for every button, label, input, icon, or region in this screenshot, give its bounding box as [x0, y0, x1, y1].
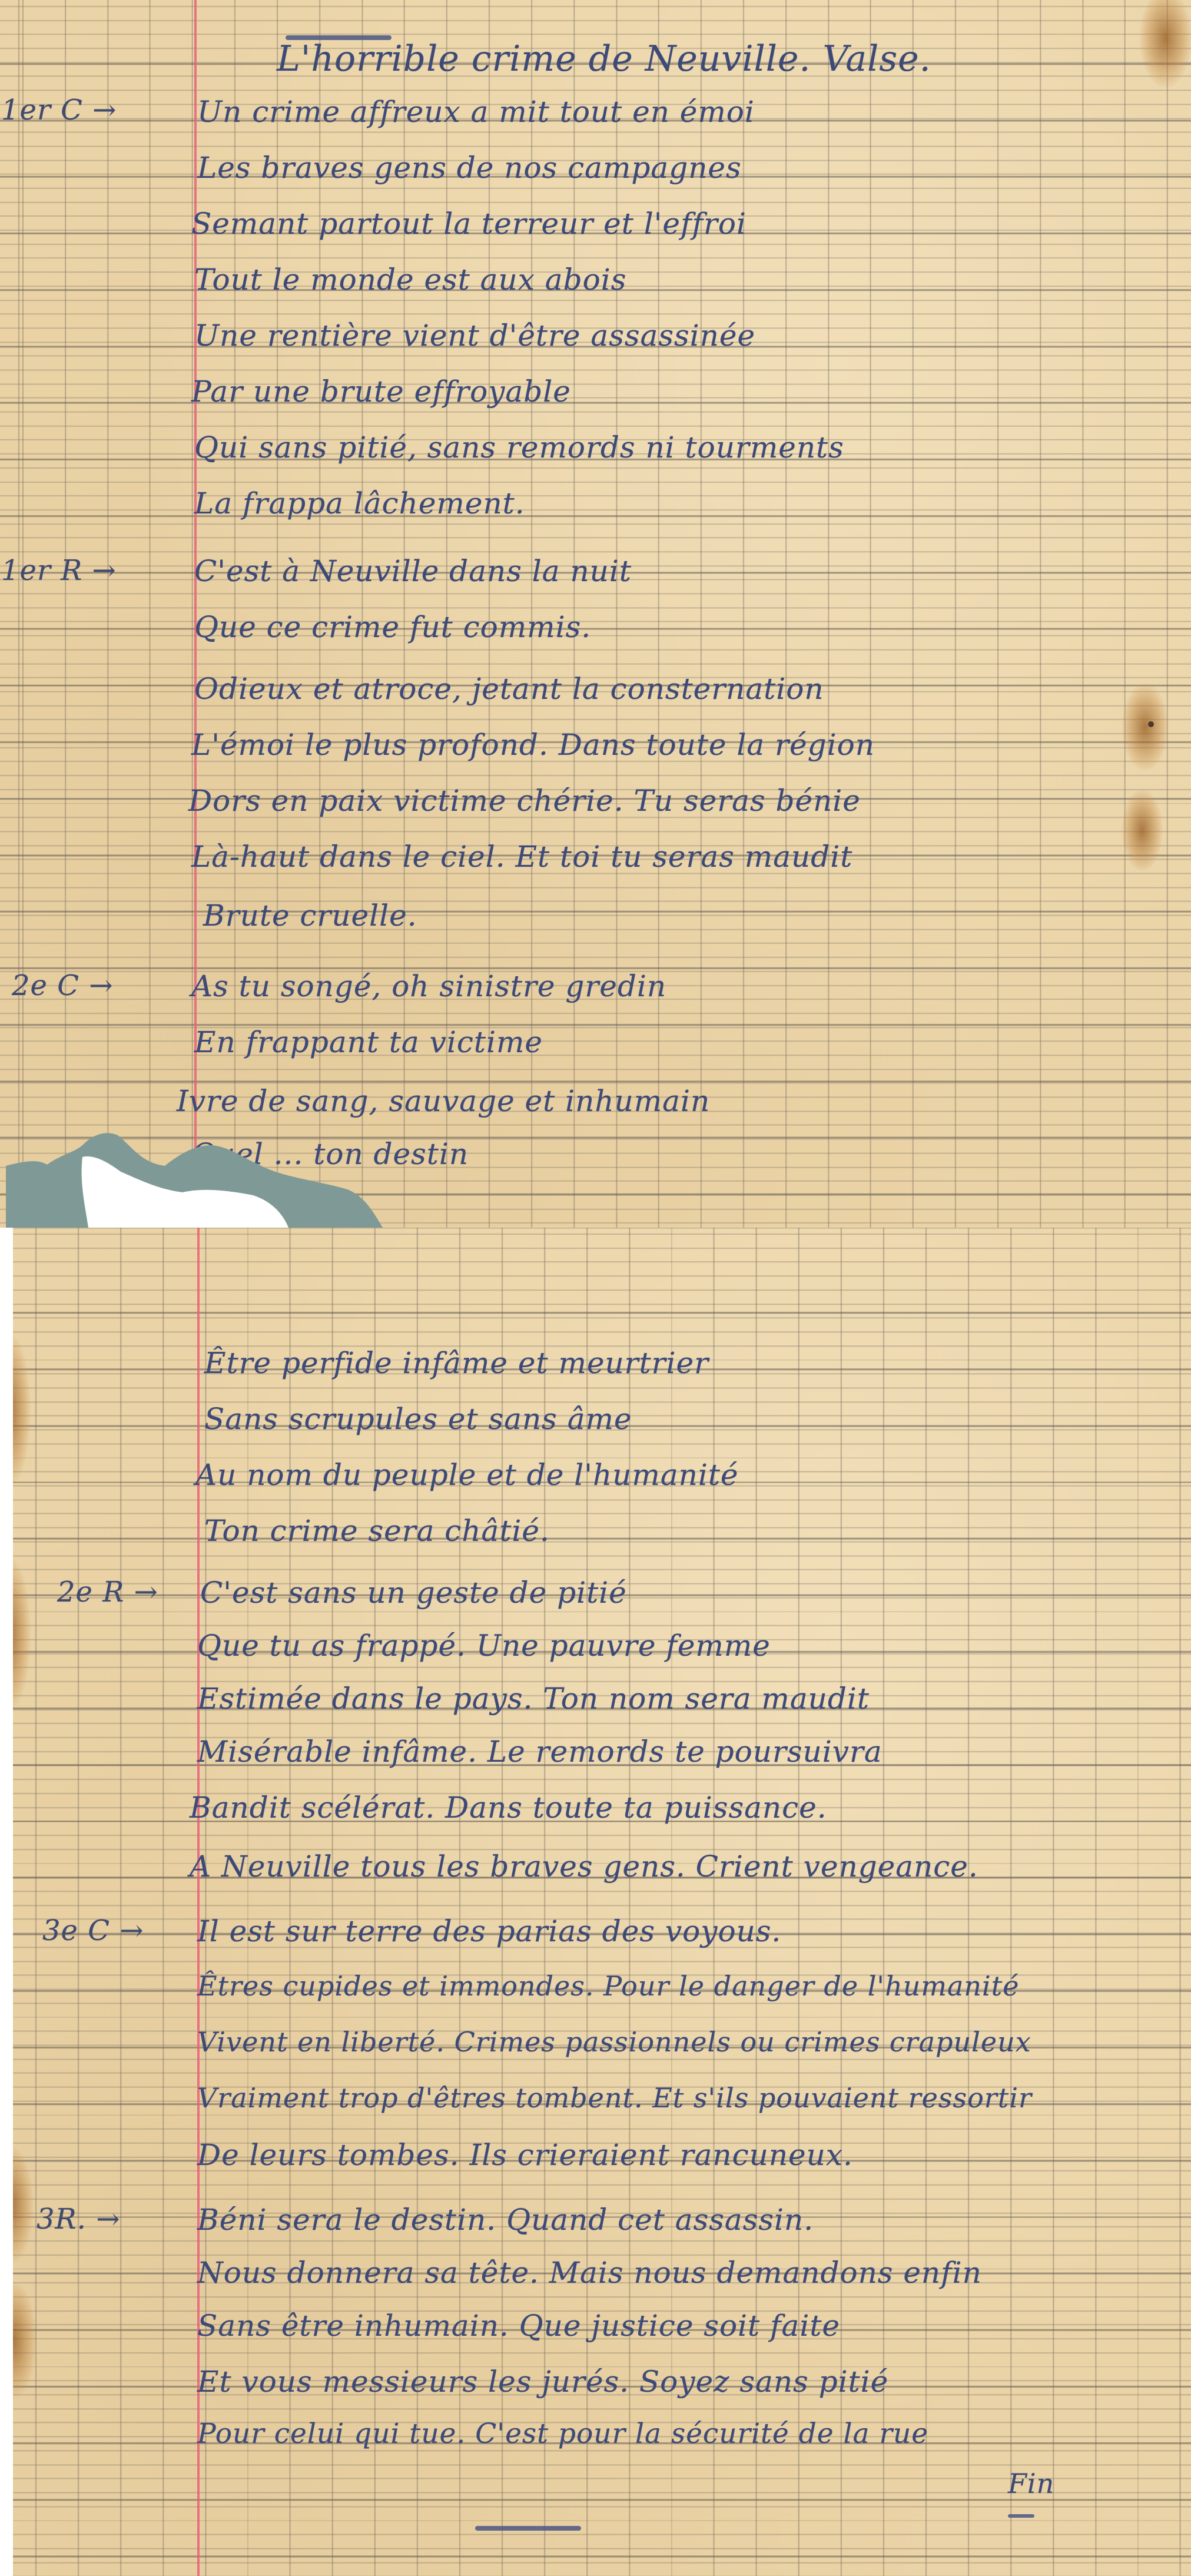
stanza-label: 2e C →	[12, 972, 113, 1000]
verse-line: Tout le monde est aux abois	[194, 265, 626, 294]
verse-line: Pour celui qui tue. C'est pour la sécuri…	[197, 2420, 928, 2448]
verse-line: Au nom du peuple et de l'humanité	[195, 1460, 739, 1490]
signature-underline	[1008, 2514, 1034, 2518]
stain	[1122, 789, 1163, 871]
verse-line: Là-haut dans le ciel. Et toi tu seras ma…	[191, 842, 852, 871]
punch-hole	[1148, 721, 1154, 727]
verse-line: Ton crime sera châtié.	[204, 1516, 550, 1546]
verse-line: As tu songé, oh sinistre gredin	[191, 972, 666, 1001]
verse-line: Estimée dans le pays. Ton nom sera maudi…	[197, 1684, 870, 1713]
verse-line: C'est à Neuville dans la nuit	[194, 556, 632, 586]
verse-line: Un crime affreux a mit tout en émoi	[197, 97, 755, 127]
stanza-label: 2e R →	[57, 1578, 158, 1606]
verse-line: Dors en paix victime chérie. Tu seras bé…	[188, 786, 861, 815]
verse-line: Vivent en liberté. Crimes passionnels ou…	[197, 2028, 1031, 2056]
verse-line: C'est sans un geste de pitié	[200, 1578, 627, 1607]
verse-line: Odieux et atroce, jetant la consternatio…	[194, 674, 824, 704]
verse-line: Béni sera le destin. Quand cet assassin.	[197, 2205, 814, 2234]
stanza-label: 1er R →	[1, 556, 117, 585]
verse-line: Semant partout la terreur et l'effroi	[191, 209, 747, 238]
page-title: L'horrible crime de Neuville. Valse.	[277, 41, 931, 77]
stanza-label: 3R. →	[37, 2205, 120, 2233]
verse-line: Que ce crime fut commis.	[194, 612, 591, 642]
verse-line: L'émoi le plus profond. Dans toute la ré…	[191, 730, 875, 760]
verse-line: Qui sans pitié, sans remords ni tourment…	[194, 433, 844, 462]
verse-line: Vraiment trop d'êtres tombent. Et s'ils …	[197, 2084, 1032, 2111]
verse-line: En frappant ta victime	[194, 1027, 543, 1057]
verse-line: Les braves gens de nos campagnes	[197, 153, 742, 183]
verse-line: Misérable infâme. Le remords te poursuiv…	[197, 1737, 883, 1766]
notebook-page-2: Être perfide infâme et meurtrier Sans sc…	[13, 1228, 1191, 2576]
verse-line: Par une brute effroyable	[191, 377, 571, 406]
signature: Fin	[1008, 2470, 1054, 2497]
scan-edge	[0, 1228, 13, 2576]
verse-line: Que tu as frappé. Une pauvre femme	[197, 1631, 771, 1660]
stanza-label: 3e C →	[42, 1917, 144, 1945]
verse-line: Brute cruelle.	[203, 901, 417, 930]
verse-line: Êtres cupides et immondes. Pour le dange…	[197, 1972, 1019, 2000]
verse-line: A Neuville tous les braves gens. Crient …	[190, 1852, 978, 1881]
verse-line: Et vous messieurs les jurés. Soyez sans …	[197, 2367, 888, 2396]
verse-line: Il est sur terre des parias des voyous.	[197, 1917, 781, 1946]
notebook-page-1: L'horrible crime de Neuville. Valse. 1er…	[0, 0, 1191, 1228]
verse-line: Sans scrupules et sans âme	[204, 1404, 632, 1434]
stanza-label: 1er C →	[1, 96, 117, 124]
verse-line: Sans être inhumain. Que justice soit fai…	[197, 2311, 840, 2340]
verse-line: De leurs tombes. Ils crieraient rancuneu…	[197, 2140, 853, 2170]
verse-line: Être perfide infâme et meurtrier	[204, 1348, 709, 1378]
verse-line: Nous donnera sa tête. Mais nous demandon…	[197, 2258, 982, 2287]
verse-line: Une rentière vient d'être assassinée	[194, 321, 755, 350]
verse-line: La frappa lâchement.	[194, 489, 525, 518]
torn-paper-corner	[6, 1130, 383, 1228]
stain	[1122, 683, 1169, 771]
verse-line: Bandit scélérat. Dans toute ta puissance…	[190, 1793, 827, 1822]
verse-line: Ivre de sang, sauvage et inhumain	[177, 1086, 710, 1116]
end-decoration	[475, 2526, 581, 2531]
